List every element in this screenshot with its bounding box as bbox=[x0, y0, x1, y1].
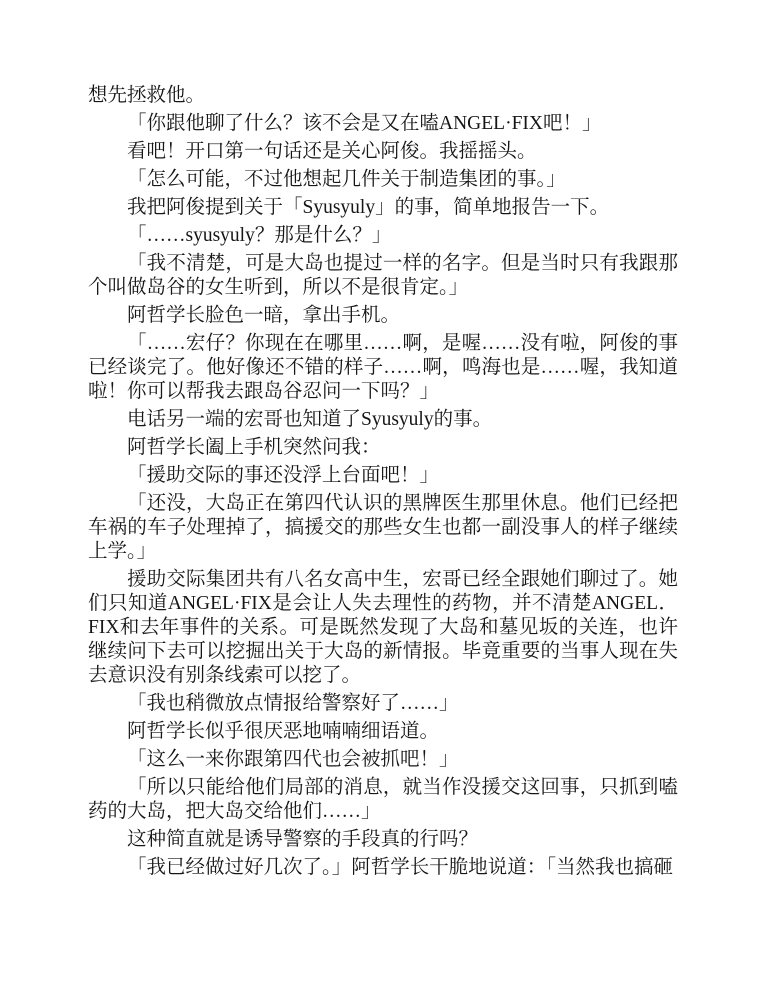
paragraph: 「……宏仔？你现在在哪里……啊，是喔……没有啦，阿俊的事已经谈完了。他好像还不错… bbox=[88, 332, 678, 404]
paragraph: 我把阿俊提到关于「Syusyuly」的事，简单地报告一下。 bbox=[88, 196, 678, 220]
paragraph: 「你跟他聊了什么？该不会是又在嗑ANGEL·FIX吧！」 bbox=[88, 112, 678, 136]
paragraph: 想先拯救他。 bbox=[88, 84, 678, 108]
paragraph: 阿哲学长阖上手机突然问我： bbox=[88, 436, 678, 460]
paragraph: 阿哲学长似乎很厌恶地喃喃细语道。 bbox=[88, 720, 678, 744]
paragraph: 「所以只能给他们局部的消息，就当作没援交这回事，只抓到嗑药的大岛，把大岛交给他们… bbox=[88, 776, 678, 824]
paragraph: 电话另一端的宏哥也知道了Syusyuly的事。 bbox=[88, 408, 678, 432]
paragraph: 「怎么可能，不过他想起几件关于制造集团的事。」 bbox=[88, 168, 678, 192]
paragraph: 「……syusyuly？那是什么？」 bbox=[88, 224, 678, 248]
paragraph: 援助交际集团共有八名女高中生，宏哥已经全跟她们聊过了。她们只知道ANGEL·FI… bbox=[88, 568, 678, 688]
paragraph: 「我也稍微放点情报给警察好了……」 bbox=[88, 692, 678, 716]
paragraph: 「我已经做过好几次了。」阿哲学长干脆地说道：「当然我也搞砸 bbox=[88, 856, 678, 880]
paragraph: 阿哲学长脸色一暗，拿出手机。 bbox=[88, 304, 678, 328]
paragraph: 「援助交际的事还没浮上台面吧！」 bbox=[88, 464, 678, 488]
text-block: 想先拯救他。 「你跟他聊了什么？该不会是又在嗑ANGEL·FIX吧！」 看吧！开… bbox=[88, 84, 678, 880]
paragraph: 「这么一来你跟第四代也会被抓吧！」 bbox=[88, 748, 678, 772]
book-page: 想先拯救他。 「你跟他聊了什么？该不会是又在嗑ANGEL·FIX吧！」 看吧！开… bbox=[0, 0, 765, 990]
paragraph: 「还没，大岛正在第四代认识的黑牌医生那里休息。他们已经把车祸的车子处理掉了，搞援… bbox=[88, 492, 678, 564]
paragraph: 这种简直就是诱导警察的手段真的行吗？ bbox=[88, 828, 678, 852]
paragraph: 看吧！开口第一句话还是关心阿俊。我摇摇头。 bbox=[88, 140, 678, 164]
paragraph: 「我不清楚，可是大岛也提过一样的名字。但是当时只有我跟那个叫做岛谷的女生听到，所… bbox=[88, 252, 678, 300]
